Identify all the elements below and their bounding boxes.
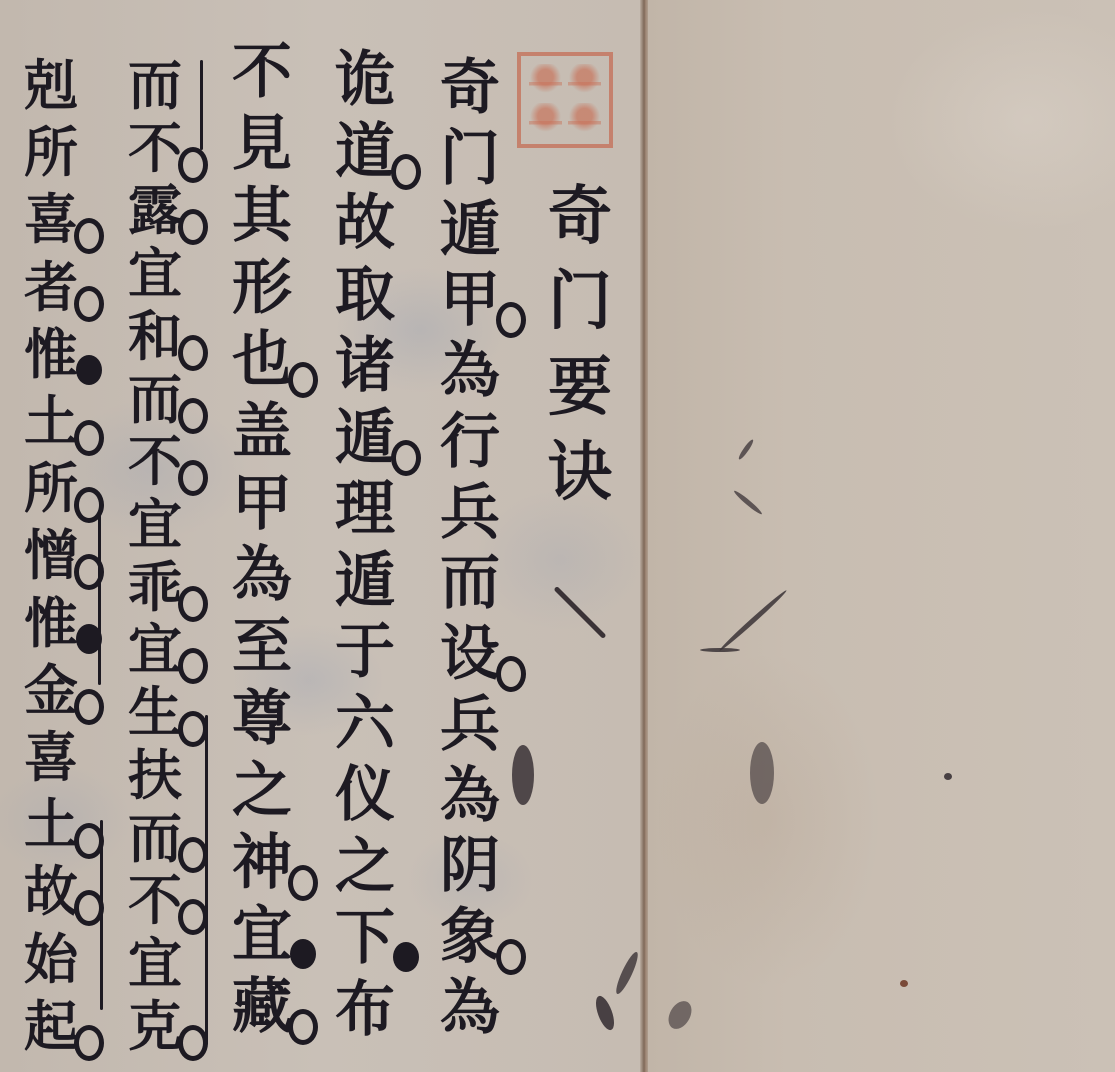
- handwritten-character: 不: [232, 42, 292, 102]
- wormhole-mark: [718, 589, 788, 653]
- handwritten-character: 宜: [128, 497, 182, 551]
- handwritten-character: 阴: [440, 836, 500, 896]
- handwritten-character: 見: [232, 114, 292, 174]
- handwritten-character-with-circle-punctuation: 憎: [24, 528, 78, 582]
- handwritten-character-with-dot-punctuation: 惟: [24, 596, 78, 650]
- handwritten-character: 兵: [440, 483, 500, 543]
- handwritten-character: 遁: [335, 551, 395, 611]
- handwritten-character: 兵: [440, 695, 500, 755]
- handwritten-character-with-circle-punctuation: 遁: [335, 408, 395, 468]
- handwritten-character: 而: [128, 58, 182, 112]
- handwritten-character-with-circle-punctuation: 土: [24, 797, 78, 851]
- ink-connector: [98, 515, 101, 685]
- handwritten-character-with-circle-punctuation: 甲: [440, 270, 500, 330]
- handwritten-character-with-circle-punctuation: 象: [440, 907, 500, 967]
- text-column-5: 剋所喜者惟土所憎惟金喜土故始起: [6, 58, 96, 1053]
- seal-glyph: [529, 103, 562, 136]
- handwritten-character-with-circle-punctuation: 设: [440, 624, 500, 684]
- wormhole-mark: [592, 994, 617, 1033]
- handwritten-character-with-circle-punctuation: 道: [335, 122, 395, 182]
- handwritten-character: 喜: [24, 730, 78, 784]
- wormhole-mark: [512, 745, 534, 805]
- handwritten-character-with-dot-punctuation: 惟: [24, 327, 78, 381]
- handwritten-character: 遁: [440, 200, 500, 260]
- red-seal: [517, 52, 613, 148]
- handwritten-character-with-circle-punctuation: 者: [24, 260, 78, 314]
- wormhole-mark: [733, 489, 764, 516]
- handwritten-character: 而: [440, 553, 500, 613]
- handwritten-character: 于: [335, 622, 395, 682]
- title-column: 奇门要诀: [535, 185, 625, 505]
- handwritten-character: 宜: [128, 936, 182, 990]
- handwritten-character: 形: [232, 258, 292, 318]
- handwritten-character-with-dot-punctuation: 宜: [232, 905, 292, 965]
- ink-connector: [100, 820, 103, 1010]
- wormhole-mark: [553, 586, 606, 639]
- wormhole-mark: [664, 997, 696, 1033]
- handwritten-character-with-circle-punctuation: 也: [232, 330, 292, 390]
- handwritten-character-with-circle-punctuation: 神: [232, 833, 292, 893]
- handwritten-character-with-circle-punctuation: 而: [128, 811, 182, 865]
- handwritten-character: 奇: [440, 58, 500, 118]
- wormhole-mark: [750, 742, 774, 804]
- seal-glyph: [568, 103, 601, 136]
- book-spread: 奇门要诀 奇门遁甲為行兵而设兵為阴象為 诡道故取诸遁理遁于六仪之下布 不見其形也…: [0, 0, 1115, 1072]
- handwritten-character: 之: [335, 837, 395, 897]
- handwritten-character: 為: [232, 545, 292, 605]
- ink-connector: [200, 60, 203, 150]
- handwritten-character: 故: [335, 193, 395, 253]
- handwritten-character-with-circle-punctuation: 不: [128, 873, 182, 927]
- stain-dot: [900, 980, 908, 987]
- wormhole-mark: [944, 773, 952, 780]
- left-page: 奇门要诀 奇门遁甲為行兵而设兵為阴象為 诡道故取诸遁理遁于六仪之下布 不見其形也…: [0, 0, 645, 1072]
- handwritten-character-with-circle-punctuation: 而: [128, 372, 182, 426]
- handwritten-character-with-circle-punctuation: 生: [128, 685, 182, 739]
- handwritten-character-with-circle-punctuation: 金: [24, 663, 78, 717]
- text-column-4: 而不露宜和而不宜乖宜生扶而不宜克: [110, 58, 200, 1053]
- handwritten-character: 取: [335, 265, 395, 325]
- handwritten-character-with-circle-punctuation: 宜: [128, 622, 182, 676]
- handwritten-character-with-circle-punctuation: 藏: [232, 977, 292, 1037]
- handwritten-character: 甲: [232, 474, 292, 534]
- handwritten-character: 尊: [232, 689, 292, 749]
- handwritten-character: 扶: [128, 748, 182, 802]
- handwritten-character: 奇: [548, 185, 612, 249]
- handwritten-character-with-circle-punctuation: 露: [128, 183, 182, 237]
- handwritten-character-with-circle-punctuation: 和: [128, 309, 182, 363]
- handwritten-character: 之: [232, 761, 292, 821]
- handwritten-character-with-circle-punctuation: 喜: [24, 192, 78, 246]
- handwritten-character: 诸: [335, 336, 395, 396]
- wormhole-mark: [737, 438, 755, 461]
- handwritten-character-with-circle-punctuation: 乖: [128, 560, 182, 614]
- handwritten-character: 行: [440, 412, 500, 472]
- handwritten-character: 其: [232, 186, 292, 246]
- handwritten-character: 始: [24, 932, 78, 986]
- handwritten-character-with-circle-punctuation: 土: [24, 394, 78, 448]
- text-column-2: 诡道故取诸遁理遁于六仪之下布: [315, 50, 415, 1040]
- handwritten-character: 所: [24, 125, 78, 179]
- handwritten-character: 门: [440, 129, 500, 189]
- handwritten-character: 布: [335, 980, 395, 1040]
- text-column-1: 奇门遁甲為行兵而设兵為阴象為: [420, 58, 520, 1038]
- handwritten-character: 宜: [128, 246, 182, 300]
- handwritten-character: 六: [335, 694, 395, 754]
- handwritten-character: 為: [440, 766, 500, 826]
- seal-glyph: [529, 64, 562, 97]
- wormhole-mark: [613, 950, 642, 996]
- handwritten-character-with-circle-punctuation: 不: [128, 121, 182, 175]
- right-page: [648, 0, 1115, 1072]
- text-column-3: 不見其形也盖甲為至尊之神宜藏: [212, 42, 312, 1037]
- handwritten-character: 仪: [335, 765, 395, 825]
- handwritten-character: 剋: [24, 58, 78, 112]
- handwritten-character: 為: [440, 341, 500, 401]
- handwritten-character: 诡: [335, 50, 395, 110]
- handwritten-character: 要: [548, 356, 612, 420]
- wormhole-mark: [700, 648, 740, 652]
- seal-glyph: [568, 64, 601, 97]
- handwritten-character-with-circle-punctuation: 起: [24, 999, 78, 1053]
- handwritten-character-with-circle-punctuation: 所: [24, 461, 78, 515]
- handwritten-character-with-circle-punctuation: 不: [128, 434, 182, 488]
- handwritten-character-with-circle-punctuation: 故: [24, 864, 78, 918]
- handwritten-character-with-circle-punctuation: 克: [128, 999, 182, 1053]
- handwritten-character-with-dot-punctuation: 下: [335, 908, 395, 968]
- handwritten-character: 盖: [232, 402, 292, 462]
- handwritten-character: 理: [335, 479, 395, 539]
- handwritten-character: 至: [232, 617, 292, 677]
- handwritten-character: 门: [548, 270, 612, 334]
- handwritten-character: 诀: [548, 441, 612, 505]
- ink-connector: [205, 715, 208, 1045]
- handwritten-character: 為: [440, 978, 500, 1038]
